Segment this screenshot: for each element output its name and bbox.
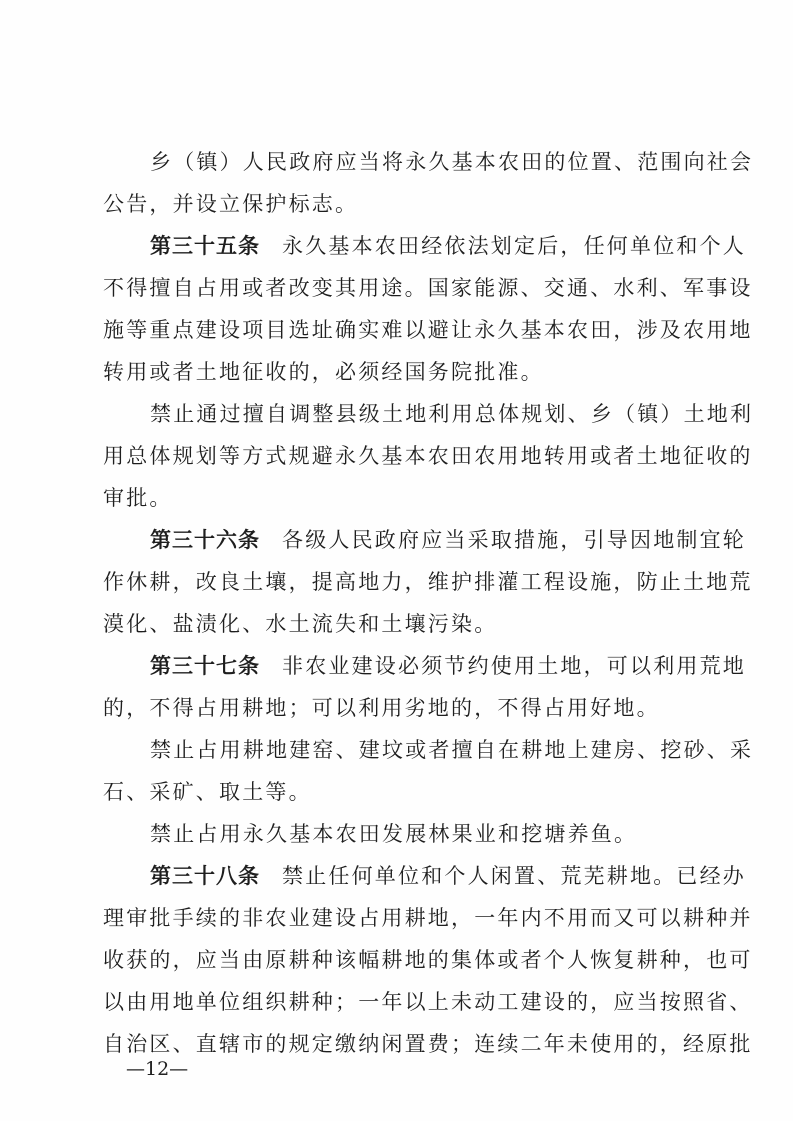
text-line: 禁止通过擅自调整县级土地利用总体规划、乡（镇）土地利 — [103, 393, 703, 435]
text-line: 以由用地单位组织耕种；一年以上未动工建设的，应当按照省、 — [103, 981, 703, 1023]
text-line: 不得擅自占用或者改变其用途。国家能源、交通、水利、军事设 — [103, 267, 703, 309]
line-text: 石、采矿、取土等。 — [103, 780, 312, 804]
line-text: 非农业建设必须节约使用土地，可以利用荒地 — [282, 654, 746, 678]
article-heading: 第三十七条 — [150, 654, 260, 678]
line-text: 永久基本农田经依法划定后，任何单位和个人 — [282, 234, 746, 258]
page-number: —12— — [126, 1058, 188, 1080]
text-line: 禁止占用永久基本农田发展林果业和挖塘养鱼。 — [103, 813, 703, 855]
text-line: 施等重点建设项目选址确实难以避让永久基本农田，涉及农用地 — [103, 309, 703, 351]
line-text: 施等重点建设项目选址确实难以避让永久基本农田，涉及农用地 — [103, 318, 753, 342]
text-line: 公告，并设立保护标志。 — [103, 183, 703, 225]
body-text: 乡（镇）人民政府应当将永久基本农田的位置、范围向社会 公告，并设立保护标志。 第… — [103, 141, 703, 1065]
line-text: 自治区、直辖市的规定缴纳闲置费；连续二年未使用的，经原批 — [103, 1032, 753, 1056]
line-text: 转用或者土地征收的，必须经国务院批准。 — [103, 360, 544, 384]
article-heading: 第三十八条 — [150, 864, 260, 888]
line-text: 审批。 — [103, 486, 173, 510]
line-text: 以由用地单位组织耕种；一年以上未动工建设的，应当按照省、 — [103, 990, 753, 1014]
text-line: 审批。 — [103, 477, 703, 519]
text-line: 转用或者土地征收的，必须经国务院批准。 — [103, 351, 703, 393]
line-text: 公告，并设立保护标志。 — [103, 192, 358, 216]
line-text: 各级人民政府应当采取措施，引导因地制宜轮 — [282, 528, 746, 552]
line-text: 收获的，应当由原耕种该幅耕地的集体或者个人恢复耕种，也可 — [103, 948, 753, 972]
text-line: 作休耕，改良土壤，提高地力，维护排灌工程设施，防止土地荒 — [103, 561, 703, 603]
text-line: 的，不得占用耕地；可以利用劣地的，不得占用好地。 — [103, 687, 703, 729]
line-text: 的，不得占用耕地；可以利用劣地的，不得占用好地。 — [103, 696, 660, 720]
article-heading: 第三十五条 — [150, 234, 260, 258]
line-text: 作休耕，改良土壤，提高地力，维护排灌工程设施，防止土地荒 — [103, 570, 753, 594]
line-text: 用总体规划等方式规避永久基本农田农用地转用或者土地征收的 — [103, 444, 753, 468]
text-line: 乡（镇）人民政府应当将永久基本农田的位置、范围向社会 — [103, 141, 703, 183]
line-text: 乡（镇）人民政府应当将永久基本农田的位置、范围向社会 — [150, 150, 753, 174]
text-line: 理审批手续的非农业建设占用耕地，一年内不用而又可以耕种并 — [103, 897, 703, 939]
text-line: 用总体规划等方式规避永久基本农田农用地转用或者土地征收的 — [103, 435, 703, 477]
text-line: 收获的，应当由原耕种该幅耕地的集体或者个人恢复耕种，也可 — [103, 939, 703, 981]
text-line: 第三十五条永久基本农田经依法划定后，任何单位和个人 — [103, 225, 703, 267]
line-text: 理审批手续的非农业建设占用耕地，一年内不用而又可以耕种并 — [103, 906, 753, 930]
text-line: 第三十六条各级人民政府应当采取措施，引导因地制宜轮 — [103, 519, 703, 561]
text-line: 第三十七条非农业建设必须节约使用土地，可以利用荒地 — [103, 645, 703, 687]
article-heading: 第三十六条 — [150, 528, 260, 552]
line-text: 禁止通过擅自调整县级土地利用总体规划、乡（镇）土地利 — [150, 402, 753, 426]
text-line: 禁止占用耕地建窑、建坟或者擅自在耕地上建房、挖砂、采 — [103, 729, 703, 771]
line-text: 不得擅自占用或者改变其用途。国家能源、交通、水利、军事设 — [103, 276, 753, 300]
line-text: 禁止占用耕地建窑、建坟或者擅自在耕地上建房、挖砂、采 — [150, 738, 753, 762]
text-line: 漠化、盐渍化、水土流失和土壤污染。 — [103, 603, 703, 645]
line-text: 禁止占用永久基本农田发展林果业和挖塘养鱼。 — [150, 822, 637, 846]
text-line: 第三十八条禁止任何单位和个人闲置、荒芜耕地。已经办 — [103, 855, 703, 897]
text-line: 自治区、直辖市的规定缴纳闲置费；连续二年未使用的，经原批 — [103, 1023, 703, 1065]
line-text: 禁止任何单位和个人闲置、荒芜耕地。已经办 — [282, 864, 746, 888]
text-line: 石、采矿、取土等。 — [103, 771, 703, 813]
document-page: 乡（镇）人民政府应当将永久基本农田的位置、范围向社会 公告，并设立保护标志。 第… — [0, 0, 793, 1121]
line-text: 漠化、盐渍化、水土流失和土壤污染。 — [103, 612, 497, 636]
